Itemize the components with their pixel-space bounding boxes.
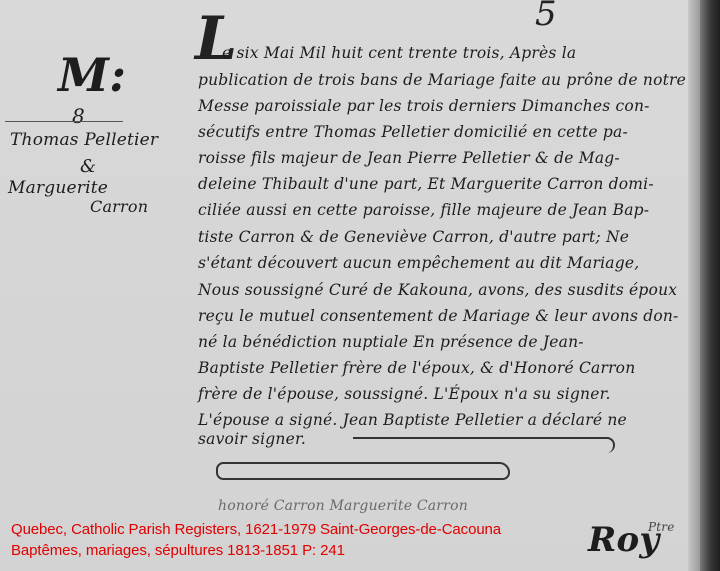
body-line: Messe paroissiale par les trois derniers…	[198, 97, 650, 115]
book-binding	[700, 0, 720, 571]
body-line: roisse fils majeur de Jean Pierre Pellet…	[198, 149, 620, 167]
margin-record-type: M:	[58, 48, 126, 102]
body-line: Nous soussigné Curé de Kakouna, avons, d…	[198, 281, 677, 299]
body-line: reçu le mutuel consentement de Mariage &…	[198, 307, 679, 325]
source-caption-line-2: Baptêmes, mariages, sépultures 1813-1851…	[11, 542, 345, 559]
page-edge	[688, 0, 700, 571]
decorative-initial: L	[195, 4, 237, 74]
body-line: s'étant découvert aucun empêchement au d…	[198, 254, 639, 272]
body-line: e six Mai Mil huit cent trente trois, Ap…	[222, 44, 576, 62]
body-line: sécutifs entre Thomas Pelletier domicili…	[198, 123, 628, 141]
margin-ampersand: &	[80, 156, 96, 177]
margin-record-number: 8	[72, 104, 85, 128]
witness-signatures: honoré Carron Marguerite Carron	[218, 498, 468, 514]
body-line: deleine Thibault d'une part, Et Margueri…	[198, 175, 654, 193]
margin-bride-first-name: Marguerite	[8, 178, 108, 198]
closing-flourish-lower	[216, 462, 510, 480]
priest-title: Ptre	[648, 520, 675, 534]
body-line: ciliée aussi en cette paroisse, fille ma…	[198, 201, 649, 219]
body-line: L'épouse a signé. Jean Baptiste Pelletie…	[198, 411, 627, 429]
body-line: tiste Carron & de Geneviève Carron, d'au…	[198, 228, 629, 246]
closing-flourish-upper	[353, 437, 615, 453]
body-line: né la bénédiction nuptiale En présence d…	[198, 333, 584, 351]
body-line: publication de trois bans de Mariage fai…	[198, 71, 686, 89]
margin-groom-name: Thomas Pelletier	[10, 130, 158, 150]
top-flourish: 5	[535, 0, 557, 34]
body-line: frère de l'épouse, soussigné. L'Époux n'…	[198, 385, 611, 403]
margin-bride-last-name: Carron	[90, 197, 148, 216]
body-line: Baptiste Pelletier frère de l'époux, & d…	[198, 359, 635, 377]
margin-divider	[5, 121, 123, 122]
body-line: savoir signer.	[198, 430, 306, 448]
source-caption-line-1: Quebec, Catholic Parish Registers, 1621-…	[11, 521, 501, 538]
